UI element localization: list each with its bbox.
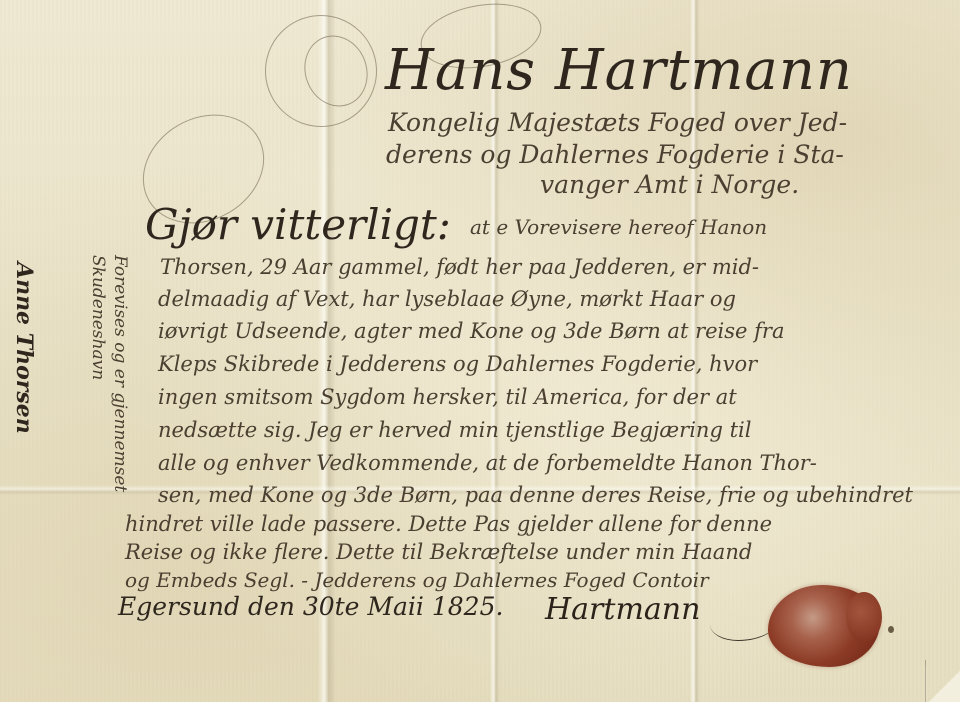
issuer-title-line-3: vanger Amt i Norge. (540, 170, 799, 199)
body-line-5: Kleps Skibrede i Jedderens og Dahlernes … (158, 352, 757, 376)
issuer-title-line-2: derens og Dahlernes Fogderie i Sta- (386, 140, 844, 169)
body-line-4: iøvrigt Udseende, agter med Kone og 3de … (158, 319, 784, 343)
ink-spot (888, 626, 894, 633)
place-date: Egersund den 30te Maii 1825. (118, 592, 503, 621)
body-line-12: og Embeds Segl. - Jedderens og Dahlernes… (125, 568, 709, 592)
body-line-2: Thorsen, 29 Aar gammel, født her paa Jed… (160, 255, 759, 279)
body-line-8: alle og enhver Vedkommende, at de forbem… (158, 451, 817, 475)
body-line-6: ingen smitsom Sygdom hersker, til Americ… (158, 385, 737, 409)
margin-note-line-2: Skudeneshavn (88, 255, 108, 380)
margin-note-signature: Anne Thorsen (11, 262, 37, 434)
wax-seal-lobe (846, 592, 882, 642)
body-line-7: nedsætte sig. Jeg er herved min tjenstli… (158, 418, 751, 442)
opening-phrase: Gjør vitterligt: (145, 200, 451, 249)
corner-fold (925, 660, 960, 702)
body-line-9: sen, med Kone og 3de Børn, paa denne der… (158, 483, 913, 507)
issuer-name: Hans Hartmann (385, 38, 853, 103)
body-line-11: Reise og ikke flere. Dette til Bekræftel… (125, 540, 752, 564)
margin-note-line-1: Forevises og er gjennemset (110, 255, 130, 492)
signature: Hartmann (545, 592, 700, 627)
body-line-10: hindret ville lade passere. Dette Pas gj… (125, 512, 772, 536)
issuer-title-line-1: Kongelig Majestæts Foged over Jed- (388, 108, 847, 137)
body-line-1: at e Vorevisere hereof Hanon (470, 215, 767, 239)
body-line-3: delmaadig af Vext, har lyseblaae Øyne, m… (158, 287, 736, 311)
